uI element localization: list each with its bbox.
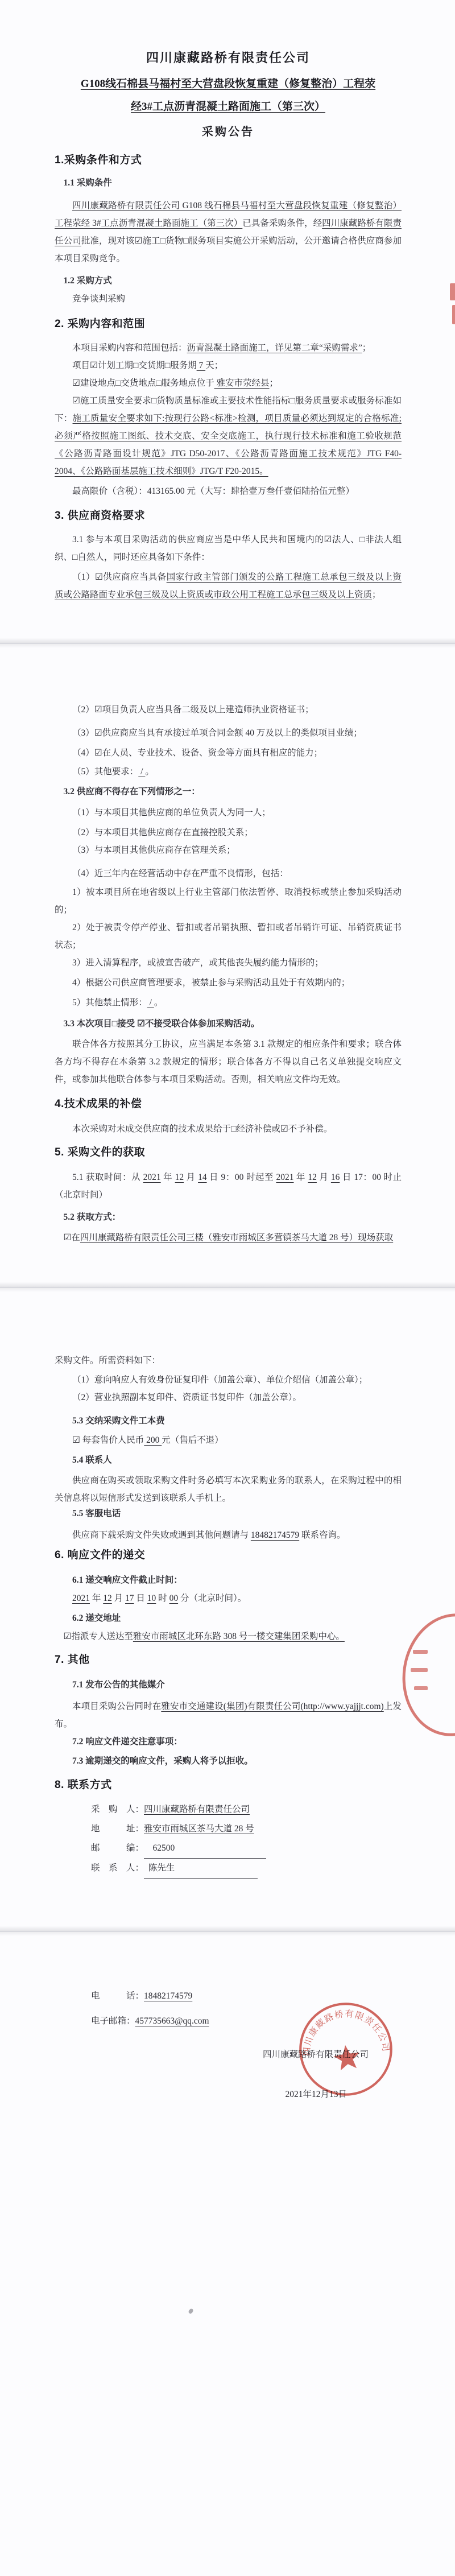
para-tech-compensation: 本次采购对未成交供应商的技术成果给于□经济补偿或☑不予补偿。 [55, 1120, 402, 1138]
text-seg: 00 [169, 1594, 179, 1603]
text-seg: G108线石棉县马福村至大营盘段恢复重建（修复整治）工程荥 [81, 78, 375, 90]
text-seg: 月 [184, 1173, 198, 1182]
text-seg: 12 [308, 1173, 317, 1182]
para-obtain-time: 5.1 获取时间：从 2021 年 12 月 14 日 9：00 时起至 202… [55, 1169, 402, 1204]
buyer-label: 采 购 人： [91, 1800, 144, 1819]
text-seg: 2）处于被责令停产停业、暂扣或者吊销执照、暂扣或者吊销许可证、吊销资质证书状态； [55, 923, 402, 950]
phone-value: 18482174579 [144, 1987, 192, 2006]
page-3: 采购文件。所需资料如下： （1）意向响应人有效身份证复印件（加盖公章）、单位介绍… [0, 1288, 455, 1932]
text-seg: 已具备采购条件，经 [242, 218, 322, 228]
section-7-3-heading: 7.3 逾期递交的响应文件，采购人将予以拒收。 [55, 1752, 402, 1770]
section-6-2-heading: 6.2 递交地址 [55, 1609, 402, 1628]
address-value: 雅安市雨城区茶马大道 28 号 [144, 1819, 254, 1839]
para-location: ☑建设地点□交货地点□服务地点位于 雅安市荥经县； [55, 374, 402, 392]
project-title-line1: G108线石棉县马福村至大营盘段恢复重建（修复整治）工程荥 [55, 73, 402, 96]
contact-row-zip: 邮 编：62500 [91, 1839, 402, 1859]
text-seg: 12 [175, 1173, 184, 1182]
company-title: 四川康藏路桥有限责任公司 [55, 50, 402, 66]
para-supplier-type: 3.1 参与本项目采购活动的供应商应当是中华人民共和国境内的☑法人、□非法人组织… [55, 531, 402, 566]
text-seg: / [147, 998, 154, 1008]
scan-speck [188, 2308, 193, 2314]
contact-person-label: 联 系 人： [91, 1859, 144, 1879]
address-label: 地 址： [91, 1819, 144, 1839]
para-restriction-4-2: 2）处于被责令停产停业、暂扣或者吊销执照、暂扣或者吊销许可证、吊销资质证书状态； [55, 919, 402, 954]
text-seg: 14 [198, 1173, 207, 1182]
seal-star-icon [332, 2044, 361, 2071]
para-max-price: 最高限价（含税）：413165.00 元（大写：肆拾壹万叁仟壹佰陆拾伍元整） [55, 482, 402, 500]
text-seg: （3）与本项目其他供应商存在管理关系； [72, 845, 235, 855]
page-1: 四川康藏路桥有限责任公司 G108线石棉县马福村至大营盘段恢复重建（修复整治）工… [0, 0, 455, 644]
para-obtain-method-cont: 采购文件。所需资料如下： [55, 1352, 402, 1370]
text-seg: 。 [145, 767, 154, 777]
text-seg: 分（北京时间）。 [178, 1594, 246, 1603]
text-seg: 经3#工点沥青混凝土路面施工（第三次） [131, 101, 325, 113]
text-seg: 联系咨询。 [299, 1530, 345, 1540]
section-4-heading: 4.技术成果的补偿 [55, 1096, 402, 1112]
contact-row-person: 联 系 人：陈先生 [91, 1859, 402, 1879]
email-label: 电子邮箱： [91, 2012, 135, 2031]
text-seg: ☑在 [64, 1233, 80, 1242]
para-restriction-2: （2）与本项目其他供应商存在直接控股关系； [55, 824, 402, 841]
text-seg: 17 [125, 1594, 134, 1603]
zip-value: 62500 [144, 1839, 266, 1859]
text-seg: 月 [317, 1173, 331, 1182]
para-qualification-2: （2）☑项目负责人应当具备二级及以上建造师执业资格证书； [55, 701, 402, 719]
zip-label: 邮 编： [91, 1839, 144, 1859]
section-6-1-heading: 6.1 递交响应文件截止时间： [55, 1571, 402, 1590]
text-seg: 18482174579 [251, 1530, 299, 1540]
text-seg: 最高限价（含税）：413165.00 元（大写：肆拾壹万叁仟壹佰陆拾伍元整） [72, 486, 354, 496]
para-doc-fee: ☑ 每套售价人民币 200 元（售后不退） [55, 1431, 402, 1449]
text-seg: 元（售后不退） [162, 1435, 224, 1445]
section-1-heading: 1.采购条件和方式 [55, 152, 402, 168]
text-seg: （3）☑供应商应当具有承接过单项合同金额 40 万及以上的类似项目业绩； [72, 728, 362, 738]
text-seg: 年 [293, 1173, 308, 1182]
contact-row-buyer: 采 购 人：四川康藏路桥有限责任公司 [91, 1800, 402, 1819]
text-seg: 施工质量安全要求如下:按现行公路<标准>检测，项目质量必须达到规定的合格标准;必… [55, 414, 402, 476]
text-seg: （4）☑在人员、专业技术、设备、资金等方面具有相应的能力； [72, 748, 322, 758]
section-5-2-heading: 5.2 获取方式： [55, 1208, 402, 1227]
para-scope: 本项目采购内容和范围包括：沥青混凝土路面施工，详见第二章“采购需求”； [55, 339, 402, 357]
edge-stamp-fragment [448, 283, 455, 331]
text-seg: （1）意向响应人有效身份证复印件（加盖公章）、单位介绍信（加盖公章）； [72, 1375, 367, 1385]
page-2: （2）☑项目负责人应当具备二级及以上建造师执业资格证书； （3）☑供应商应当具有… [0, 644, 455, 1288]
cross-page-seal-fragment [403, 1613, 455, 1735]
text-seg: ； [372, 590, 381, 600]
section-3-heading: 3. 供应商资格要求 [55, 508, 402, 524]
para-required-doc-1: （1）意向响应人有效身份证复印件（加盖公章）、单位介绍信（加盖公章）； [55, 1371, 402, 1389]
section-5-3-heading: 5.3 交纳采购文件工本费 [55, 1412, 402, 1430]
procurement-method: 竞争谈判采购 [55, 290, 402, 308]
text-seg: 供应商下载采购文件失败或遇到其他问题请与 [72, 1530, 251, 1540]
para-restriction-4-4: 4）根据公司供应商管理要求，被禁止参与采购活动且处于有效期内的； [55, 974, 402, 992]
para-consortium: 联合体各方按照其分工协议，应当满足本条第 3.1 款规定的相应条件和要求；联合体… [55, 1035, 402, 1088]
text-seg: 本次采购对未成交供应商的技术成果给于□经济补偿或☑不予补偿。 [72, 1124, 332, 1134]
text-seg: 沥青混凝土路面施工，详见第二章“采购需求” [187, 343, 362, 353]
text-seg: （4）近三年内在经营活动中存在严重不良情形，包括： [72, 869, 288, 878]
text-seg: 雅安市荥经县 [214, 378, 270, 388]
text-seg: （2）与本项目其他供应商存在直接控股关系； [72, 828, 253, 837]
para-restriction-1: （1）与本项目其他供应商的单位负责人为同一人； [55, 804, 402, 821]
text-seg: （2）☑项目负责人应当具备二级及以上建造师执业资格证书； [72, 705, 314, 715]
section-5-5-heading: 5.5 客服电话 [55, 1505, 402, 1523]
para-qualification-3: （3）☑供应商应当具有承接过单项合同金额 40 万及以上的类似项目业绩； [55, 724, 402, 742]
text-seg: ☑建设地点□交货地点□服务地点位于 [72, 378, 214, 388]
text-seg: 供应商在购买或领取采购文件时务必填写本次采购业务的联系人，在采购过程中的相关信息… [55, 1476, 402, 1503]
para-obtain-method: ☑在四川康藏路桥有限责任公司三楼（雅安市雨城区多营镇茶马大道 28 号）现场获取 [55, 1229, 402, 1246]
para-contact-note: 供应商在购买或领取采购文件时务必填写本次采购业务的联系人，在采购过程中的相关信息… [55, 1472, 402, 1507]
text-seg: 天； [205, 361, 223, 370]
text-seg: 本项目采购内容和范围包括： [72, 343, 187, 353]
section-7-2-heading: 7.2 响应文件递交注意事项： [55, 1733, 402, 1751]
text-seg: 日 [134, 1594, 147, 1603]
section-7-heading: 7. 其他 [55, 1652, 402, 1668]
text-seg: 雅安市交通建设(集团)有限责任公司(http://www.yajjjt.com) [161, 1702, 383, 1711]
text-seg: ☑ 每套售价人民币 [72, 1435, 144, 1445]
para-required-doc-2: （2）营业执照副本复印件、资质证书复印件（加盖公章）。 [55, 1389, 402, 1406]
text-seg: 批准，现对该☑施工□货物□服务项目实施公开采购活动，公开邀请合格供应商参加本项目… [55, 236, 402, 263]
section-2-heading: 2. 采购内容和范围 [55, 316, 402, 332]
text-seg: （2）营业执照副本复印件、资质证书复印件（加盖公章）。 [72, 1393, 301, 1402]
doc-type-title: 采购公告 [55, 124, 402, 140]
text-seg: 5.1 获取时间：从 [72, 1173, 143, 1182]
text-seg: ； [270, 378, 279, 388]
section-5-4-heading: 5.4 联系人 [55, 1451, 402, 1469]
text-seg: 时 [156, 1594, 169, 1603]
text-seg: 。 [154, 998, 163, 1008]
para-restriction-4: （4）近三年内在经营活动中存在严重不良情形，包括： [55, 865, 402, 882]
phone-label: 电 话： [91, 1987, 144, 2006]
page-4: 电 话：18482174579 电子邮箱：457735663@qq.com 四川… [0, 1932, 455, 2576]
project-title-line2: 经3#工点沥青混凝土路面施工（第三次） [55, 96, 402, 118]
text-seg: ☑指派专人送达至 [64, 1632, 133, 1641]
text-seg: 200 [144, 1435, 162, 1445]
para-other-media: 本项目采购公告同时在雅安市交通建设(集团)有限责任公司(http://www.y… [55, 1698, 402, 1733]
text-seg: 2021 [143, 1173, 161, 1182]
text-seg: 12 [103, 1594, 112, 1603]
contact-person-value: 陈先生 [144, 1859, 258, 1879]
text-seg: 1）被本项目所在地省级以上行业主管部门依法暂停、取消投标或禁止参加采购活动的； [55, 887, 402, 915]
buyer-value: 四川康藏路桥有限责任公司 [144, 1800, 250, 1819]
company-seal: 四川康藏路桥有限责任公司 [289, 1993, 403, 2106]
para-service-phone: 供应商下载采购文件失败或遇到其他问题请与 18482174579 联系咨询。 [55, 1526, 402, 1544]
text-seg: 联合体各方按照其分工协议，应当满足本条第 3.1 款规定的相应条件和要求；联合体… [55, 1039, 402, 1084]
text-seg: 3.1 参与本项目采购活动的供应商应当是中华人民共和国境内的☑法人、□非法人组织… [55, 535, 402, 562]
text-seg: 日 9：00 时起至 [207, 1173, 276, 1182]
para-restriction-4-1: 1）被本项目所在地省级以上行业主管部门依法暂停、取消投标或禁止参加采购活动的； [55, 884, 402, 919]
section-3-3-heading: 3.3 本次项目□接受 ☑不接受联合体参加采购活动。 [55, 1015, 402, 1033]
text-seg: 本项目采购公告同时在 [72, 1702, 161, 1711]
text-seg: （1）☑供应商应当具备 [72, 572, 167, 582]
section-3-2-heading: 3.2 供应商不得存在下列情形之一： [55, 783, 402, 801]
text-seg: （1）与本项目其他供应商的单位负责人为同一人； [72, 808, 271, 818]
text-seg: 2021 [276, 1173, 293, 1182]
text-seg: 2021 [72, 1594, 90, 1603]
text-seg: 年 [161, 1173, 175, 1182]
text-seg: 月 [112, 1594, 125, 1603]
section-8-heading: 8. 联系方式 [55, 1777, 402, 1793]
section-1-1-heading: 1.1 采购条件 [55, 174, 402, 192]
section-6-heading: 6. 响应文件的递交 [55, 1547, 402, 1563]
para-qualification-5: （5）其他要求： / 。 [55, 763, 402, 781]
text-seg: ； [362, 343, 371, 353]
para-qualification-1: （1）☑供应商应当具备国家行政主管部门颁发的公路工程施工总承包三级及以上资质或公… [55, 568, 402, 604]
text-seg: 3）进入清算程序，或被宣告破产，或其他丧失履约能力情形的； [72, 958, 324, 968]
para-restriction-3: （3）与本项目其他供应商存在管理关系； [55, 841, 402, 859]
section-5-heading: 5. 采购文件的获取 [55, 1145, 402, 1161]
para-duration: 项目☑计划工期□交货期□服务期 7 天； [55, 357, 402, 374]
para-deadline: 2021 年 12 月 17 日 10 时 00 分（北京时间）。 [55, 1590, 402, 1607]
text-seg: 年 [90, 1594, 103, 1603]
para-restriction-4-3: 3）进入清算程序，或被宣告破产，或其他丧失履约能力情形的； [55, 954, 402, 972]
para-delivery-address: ☑指派专人送达至雅安市雨城区北环东路 308 号一楼交建集团采购中心。 [55, 1628, 402, 1645]
text-seg: 项目☑计划工期□交货期□服务期 [72, 361, 197, 370]
section-7-1-heading: 7.1 发布公告的其他媒介 [55, 1676, 402, 1694]
text-seg: / [138, 767, 145, 777]
section-1-2-heading: 1.2 采购方式 [55, 272, 402, 290]
text-seg: 10 [147, 1594, 156, 1603]
para-quality-requirements: ☑施工质量安全要求□货物质量标准或主要技术性能指标□服务质量要求或服务标准如下：… [55, 392, 402, 480]
text-seg: 5）其他禁止情形： [72, 998, 147, 1008]
text-seg: 7 [197, 361, 206, 370]
text-seg: 16 [331, 1173, 340, 1182]
text-seg: （5）其他要求： [72, 767, 138, 777]
text-seg: 雅安市雨城区北环东路 308 号一楼交建集团采购中心。 [133, 1632, 345, 1641]
text-seg: 四川康藏路桥有限责任公司三楼（雅安市雨城区多营镇茶马大道 28 号）现场获取 [80, 1233, 393, 1242]
para-restriction-4-5: 5）其他禁止情形： / 。 [55, 994, 402, 1012]
email-value: 457735663@qq.com [135, 2012, 209, 2031]
text-seg: 4）根据公司供应商管理要求，被禁止参与采购活动且处于有效期内的； [72, 978, 350, 988]
para-qualification-4: （4）☑在人员、专业技术、设备、资金等方面具有相应的能力； [55, 744, 402, 762]
scanned-document: 四川康藏路桥有限责任公司 G108线石棉县马福村至大营盘段恢复重建（修复整治）工… [0, 0, 455, 2576]
contact-row-address: 地 址：雅安市雨城区茶马大道 28 号 [91, 1819, 402, 1839]
para-purchase-conditions: 四川康藏路桥有限责任公司 G108 线石棉县马福村至大营盘段恢复重建（修复整治）… [55, 197, 402, 267]
